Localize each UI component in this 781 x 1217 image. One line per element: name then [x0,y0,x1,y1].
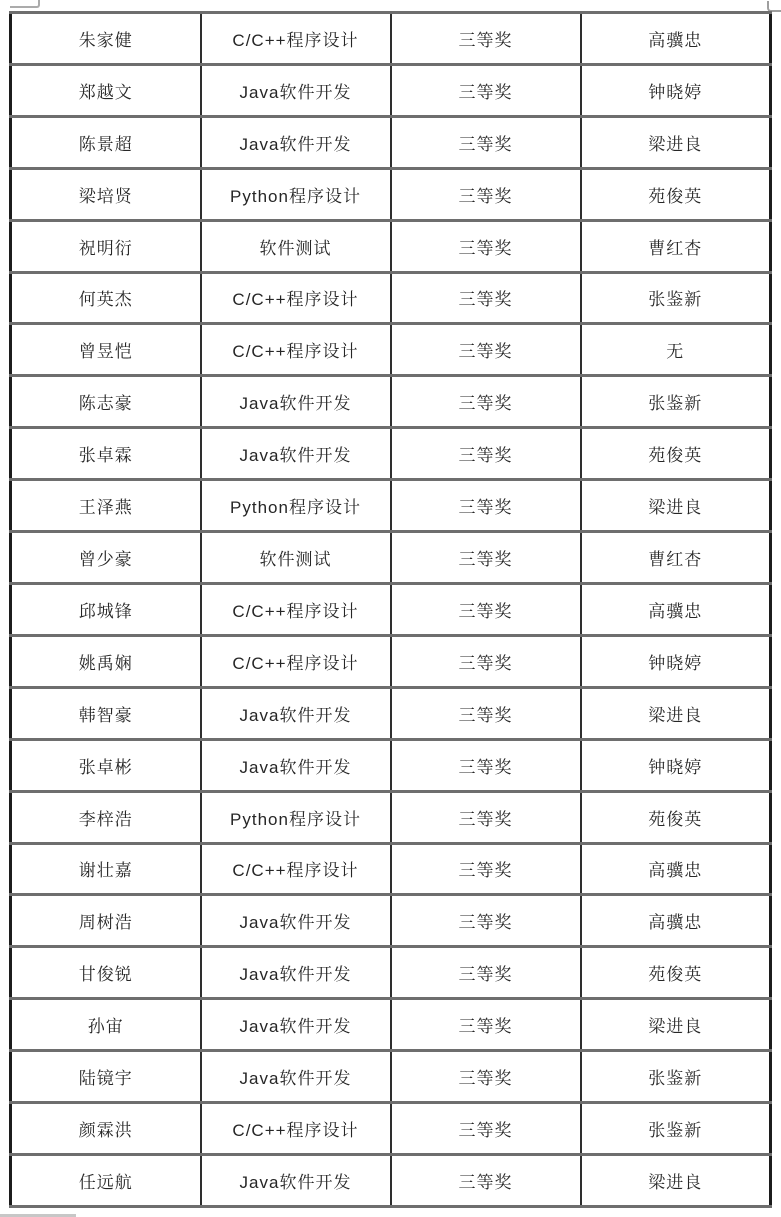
competition-cell: C/C++程序设计 [201,843,391,895]
advisor-cell: 钟晓婷 [581,64,771,116]
advisor-cell: 张鉴新 [581,272,771,324]
competition-cell: Java软件开发 [201,376,391,428]
student-name-cell: 郑越文 [11,64,201,116]
competition-cell: Java软件开发 [201,895,391,947]
award-level-cell: 三等奖 [391,739,581,791]
award-level-cell: 三等奖 [391,791,581,843]
advisor-cell: 梁进良 [581,999,771,1051]
student-name-cell: 张卓彬 [11,739,201,791]
student-name-cell: 梁培贤 [11,168,201,220]
advisor-cell: 高骥忠 [581,13,771,65]
award-level-cell: 三等奖 [391,843,581,895]
advisor-cell: 曹红杏 [581,220,771,272]
competition-cell: Python程序设计 [201,791,391,843]
award-level-cell: 三等奖 [391,999,581,1051]
competition-cell: C/C++程序设计 [201,272,391,324]
student-name-cell: 周树浩 [11,895,201,947]
advisor-cell: 梁进良 [581,1154,771,1206]
competition-cell: Java软件开发 [201,947,391,999]
award-level-cell: 三等奖 [391,1051,581,1103]
student-name-cell: 曾少豪 [11,532,201,584]
student-name-cell: 韩智豪 [11,687,201,739]
award-level-cell: 三等奖 [391,376,581,428]
advisor-cell: 苑俊英 [581,428,771,480]
competition-cell: C/C++程序设计 [201,635,391,687]
award-level-cell: 三等奖 [391,220,581,272]
student-name-cell: 甘俊锐 [11,947,201,999]
awards-table-container: 朱家健 C/C++程序设计 三等奖 高骥忠 郑越文 Java软件开发 三等奖 钟… [9,11,772,1208]
advisor-cell: 苑俊英 [581,947,771,999]
student-name-cell: 邱城锋 [11,583,201,635]
competition-cell: C/C++程序设计 [201,1103,391,1155]
student-name-cell: 姚禹娴 [11,635,201,687]
table-row: 韩智豪 Java软件开发 三等奖 梁进良 [11,687,771,739]
table-row: 陈志豪 Java软件开发 三等奖 张鉴新 [11,376,771,428]
student-name-cell: 祝明衍 [11,220,201,272]
table-row: 曾少豪 软件测试 三等奖 曹红杏 [11,532,771,584]
competition-cell: 软件测试 [201,220,391,272]
competition-cell: Java软件开发 [201,428,391,480]
competition-cell: 软件测试 [201,532,391,584]
competition-cell: Java软件开发 [201,1154,391,1206]
award-level-cell: 三等奖 [391,13,581,65]
competition-cell: Java软件开发 [201,739,391,791]
advisor-cell: 苑俊英 [581,168,771,220]
student-name-cell: 朱家健 [11,13,201,65]
award-level-cell: 三等奖 [391,583,581,635]
advisor-cell: 张鉴新 [581,1103,771,1155]
student-name-cell: 任远航 [11,1154,201,1206]
table-row: 任远航 Java软件开发 三等奖 梁进良 [11,1154,771,1206]
student-name-cell: 曾昱恺 [11,324,201,376]
awards-table: 朱家健 C/C++程序设计 三等奖 高骥忠 郑越文 Java软件开发 三等奖 钟… [9,11,772,1208]
award-level-cell: 三等奖 [391,532,581,584]
award-level-cell: 三等奖 [391,480,581,532]
award-level-cell: 三等奖 [391,64,581,116]
student-name-cell: 陈景超 [11,116,201,168]
competition-cell: C/C++程序设计 [201,324,391,376]
advisor-cell: 梁进良 [581,116,771,168]
advisor-cell: 曹红杏 [581,532,771,584]
advisor-cell: 高骥忠 [581,843,771,895]
award-level-cell: 三等奖 [391,1103,581,1155]
student-name-cell: 谢壮嘉 [11,843,201,895]
competition-cell: Java软件开发 [201,999,391,1051]
advisor-cell: 张鉴新 [581,376,771,428]
competition-cell: C/C++程序设计 [201,583,391,635]
table-row: 孙宙 Java软件开发 三等奖 梁进良 [11,999,771,1051]
award-level-cell: 三等奖 [391,1154,581,1206]
competition-cell: C/C++程序设计 [201,13,391,65]
student-name-cell: 王泽燕 [11,480,201,532]
award-level-cell: 三等奖 [391,324,581,376]
award-level-cell: 三等奖 [391,168,581,220]
advisor-cell: 钟晓婷 [581,635,771,687]
table-row: 陆镜宇 Java软件开发 三等奖 张鉴新 [11,1051,771,1103]
competition-cell: Java软件开发 [201,116,391,168]
award-level-cell: 三等奖 [391,116,581,168]
advisor-cell: 苑俊英 [581,791,771,843]
table-row: 李梓浩 Python程序设计 三等奖 苑俊英 [11,791,771,843]
student-name-cell: 颜霖洪 [11,1103,201,1155]
student-name-cell: 何英杰 [11,272,201,324]
table-row: 陈景超 Java软件开发 三等奖 梁进良 [11,116,771,168]
advisor-cell: 钟晓婷 [581,739,771,791]
table-row: 郑越文 Java软件开发 三等奖 钟晓婷 [11,64,771,116]
table-row: 谢壮嘉 C/C++程序设计 三等奖 高骥忠 [11,843,771,895]
advisor-cell: 高骥忠 [581,583,771,635]
competition-cell: Python程序设计 [201,168,391,220]
competition-cell: Java软件开发 [201,687,391,739]
table-row: 曾昱恺 C/C++程序设计 三等奖 无 [11,324,771,376]
table-row: 颜霖洪 C/C++程序设计 三等奖 张鉴新 [11,1103,771,1155]
student-name-cell: 孙宙 [11,999,201,1051]
table-row: 张卓霖 Java软件开发 三等奖 苑俊英 [11,428,771,480]
advisor-cell: 梁进良 [581,687,771,739]
advisor-cell: 无 [581,324,771,376]
table-row: 姚禹娴 C/C++程序设计 三等奖 钟晓婷 [11,635,771,687]
competition-cell: Java软件开发 [201,64,391,116]
table-row: 甘俊锐 Java软件开发 三等奖 苑俊英 [11,947,771,999]
advisor-cell: 高骥忠 [581,895,771,947]
student-name-cell: 陈志豪 [11,376,201,428]
student-name-cell: 李梓浩 [11,791,201,843]
table-row: 朱家健 C/C++程序设计 三等奖 高骥忠 [11,13,771,65]
award-level-cell: 三等奖 [391,635,581,687]
table-row: 周树浩 Java软件开发 三等奖 高骥忠 [11,895,771,947]
table-row: 邱城锋 C/C++程序设计 三等奖 高骥忠 [11,583,771,635]
student-name-cell: 陆镜宇 [11,1051,201,1103]
student-name-cell: 张卓霖 [11,428,201,480]
award-level-cell: 三等奖 [391,947,581,999]
cropped-element-fragment-top-left [10,0,40,8]
award-level-cell: 三等奖 [391,687,581,739]
award-level-cell: 三等奖 [391,895,581,947]
advisor-cell: 张鉴新 [581,1051,771,1103]
competition-cell: Java软件开发 [201,1051,391,1103]
competition-cell: Python程序设计 [201,480,391,532]
table-row: 梁培贤 Python程序设计 三等奖 苑俊英 [11,168,771,220]
award-level-cell: 三等奖 [391,428,581,480]
advisor-cell: 梁进良 [581,480,771,532]
table-row: 祝明衍 软件测试 三等奖 曹红杏 [11,220,771,272]
table-row: 张卓彬 Java软件开发 三等奖 钟晓婷 [11,739,771,791]
table-row: 王泽燕 Python程序设计 三等奖 梁进良 [11,480,771,532]
award-level-cell: 三等奖 [391,272,581,324]
table-row: 何英杰 C/C++程序设计 三等奖 张鉴新 [11,272,771,324]
